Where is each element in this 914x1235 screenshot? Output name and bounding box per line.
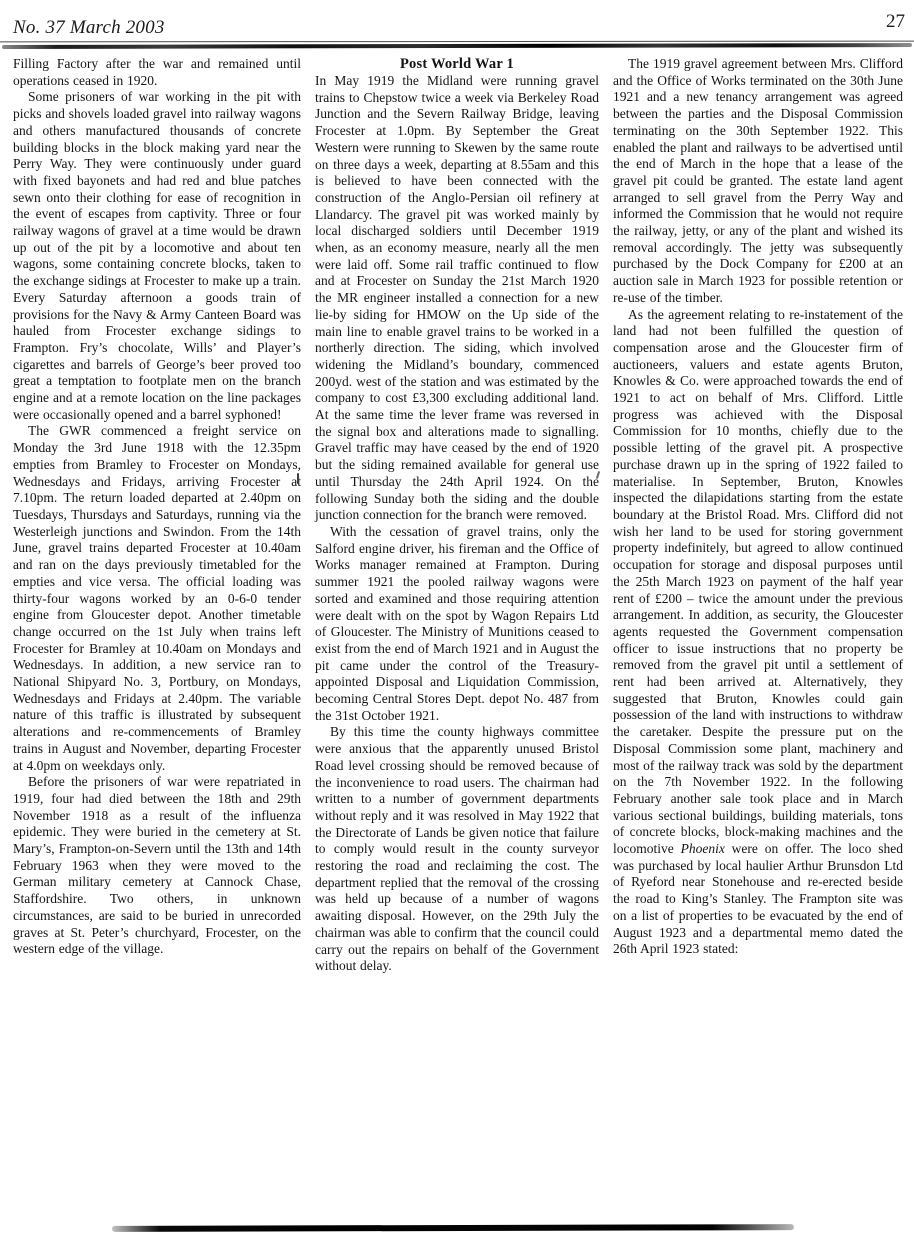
issue-number: No. 37 March 2003 <box>13 17 165 39</box>
article-paragraph: The GWR commenced a freight service on M… <box>13 423 301 774</box>
text-column-1: Filling Factory after the war and remain… <box>13 56 301 975</box>
article-paragraph: Some prisoners of war working in the pit… <box>13 89 301 423</box>
article-paragraph: Before the prisoners of war were repatri… <box>13 774 301 958</box>
section-heading: Post World War 1 <box>315 56 599 73</box>
text-column-3: The 1919 gravel agreement between Mrs. C… <box>613 56 903 975</box>
article-paragraph: Filling Factory after the war and remain… <box>13 56 301 89</box>
article-paragraph: With the cessation of gravel trains, onl… <box>315 524 599 724</box>
header-rule <box>2 43 912 49</box>
article-paragraph: By this time the county highways committ… <box>315 724 599 975</box>
article-columns: Filling Factory after the war and remain… <box>13 56 903 975</box>
scan-mark <box>297 473 299 484</box>
scanned-journal-page: No. 37 March 2003 27 Filling Factory aft… <box>0 0 914 1235</box>
text-column-2: Post World War 1 In May 1919 the Midland… <box>315 56 599 975</box>
article-paragraph: As the agreement relating to re-instatem… <box>613 307 903 958</box>
page-number: 27 <box>886 11 905 33</box>
header-rule-thin <box>0 41 914 43</box>
scan-artifact-bar <box>112 1224 794 1232</box>
article-paragraph: The 1919 gravel agreement between Mrs. C… <box>613 56 903 307</box>
article-paragraph: In May 1919 the Midland were running gra… <box>315 73 599 524</box>
